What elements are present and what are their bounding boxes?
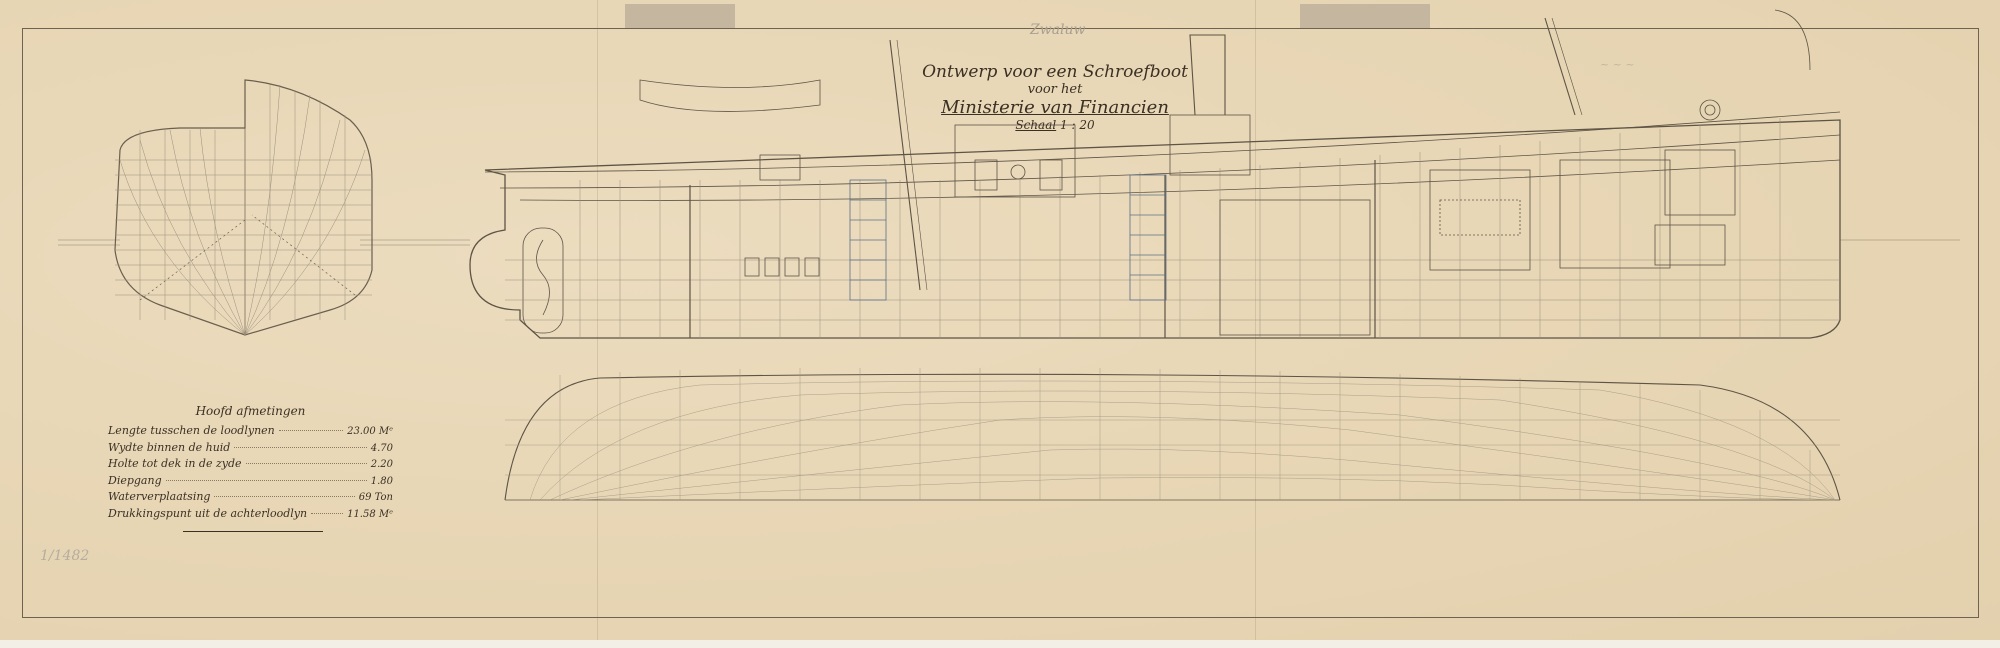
title-line-2: voor het xyxy=(915,82,1195,97)
title-line-3: Ministerie van Financien xyxy=(915,97,1195,118)
dimension-row: Waterverplaatsing69 Ton xyxy=(108,490,393,507)
dimension-row: Wydte binnen de huid4.70 xyxy=(108,441,393,458)
body-plan xyxy=(115,80,372,335)
scale-line: Schaal 1 : 20 xyxy=(915,118,1195,132)
dimensions-underline xyxy=(183,531,323,532)
title-block: Ontwerp voor een Schroefboot voor het Mi… xyxy=(915,62,1195,132)
pencil-annotation-right: ~ ~ ~ xyxy=(1600,58,1635,71)
drawing-sheet: Zwaluw Ontwerp voor een Schroefboot voor… xyxy=(0,0,2000,640)
dimension-row: Drukkingspunt uit de achterloodlyn11.58 … xyxy=(108,507,393,524)
pencil-annotation-zwaluw: Zwaluw xyxy=(1030,22,1086,38)
dimension-row: Lengte tusschen de loodlynen23.00 Mᵉ xyxy=(108,424,393,441)
archive-stamp: 1/1482 xyxy=(40,548,89,564)
dimension-row: Diepgang1.80 xyxy=(108,474,393,491)
scale-label: Schaal xyxy=(1015,118,1056,132)
half-breadth-plan xyxy=(505,368,1840,500)
scale-value: 1 : 20 xyxy=(1060,118,1095,132)
waterline-marks xyxy=(58,240,1960,245)
dimensions-heading: Hoofd afmetingen xyxy=(108,404,393,418)
dimensions-table: Hoofd afmetingen Lengte tusschen de lood… xyxy=(108,404,393,532)
title-line-1: Ontwerp voor een Schroefboot xyxy=(915,62,1195,82)
dimension-row: Holte tot dek in de zyde2.20 xyxy=(108,457,393,474)
